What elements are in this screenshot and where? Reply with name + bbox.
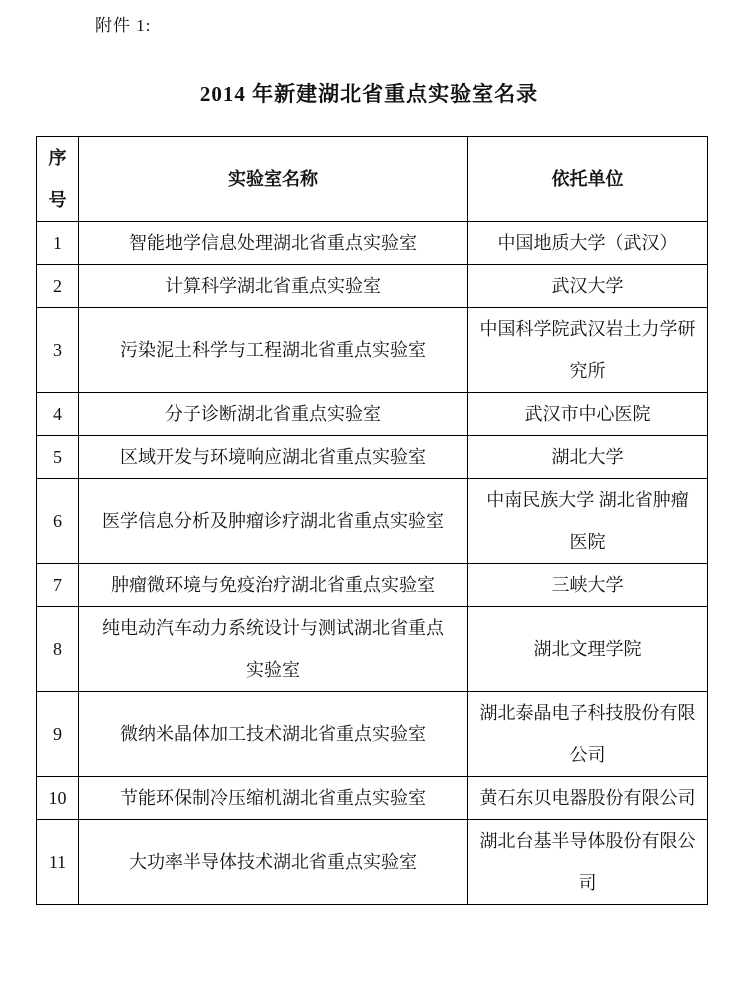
table-row: 9 微纳米晶体加工技术湖北省重点实验室 湖北泰晶电子科技股份有限 公司 — [37, 692, 708, 777]
table-row: 1 智能地学信息处理湖北省重点实验室 中国地质大学（武汉） — [37, 222, 708, 265]
cell-lab-name: 智能地学信息处理湖北省重点实验室 — [79, 222, 468, 265]
cell-unit: 湖北泰晶电子科技股份有限 公司 — [468, 692, 708, 777]
cell-index: 11 — [37, 820, 79, 905]
header-unit: 依托单位 — [468, 137, 708, 222]
cell-index: 10 — [37, 777, 79, 820]
attachment-label: 附件 1: — [95, 14, 738, 38]
cell-lab-name: 微纳米晶体加工技术湖北省重点实验室 — [79, 692, 468, 777]
cell-index: 2 — [37, 265, 79, 308]
table-header-row: 序号 实验室名称 依托单位 — [37, 137, 708, 222]
cell-unit: 三峡大学 — [468, 564, 708, 607]
document-page: 附件 1: 2014 年新建湖北省重点实验室名录 序号 实验室名称 依托单位 1… — [0, 0, 738, 1000]
cell-unit: 中国地质大学（武汉） — [468, 222, 708, 265]
cell-index: 4 — [37, 393, 79, 436]
cell-index: 7 — [37, 564, 79, 607]
header-index: 序号 — [37, 137, 79, 222]
cell-index: 9 — [37, 692, 79, 777]
page-title: 2014 年新建湖北省重点实验室名录 — [0, 80, 738, 108]
table-row: 5 区域开发与环境响应湖北省重点实验室 湖北大学 — [37, 436, 708, 479]
table-row: 11 大功率半导体技术湖北省重点实验室 湖北台基半导体股份有限公 司 — [37, 820, 708, 905]
table-row: 10 节能环保制冷压缩机湖北省重点实验室 黄石东贝电器股份有限公司 — [37, 777, 708, 820]
cell-lab-name: 计算科学湖北省重点实验室 — [79, 265, 468, 308]
cell-lab-name: 肿瘤微环境与免疫治疗湖北省重点实验室 — [79, 564, 468, 607]
cell-unit: 黄石东贝电器股份有限公司 — [468, 777, 708, 820]
cell-lab-name: 污染泥土科学与工程湖北省重点实验室 — [79, 308, 468, 393]
cell-lab-name: 大功率半导体技术湖北省重点实验室 — [79, 820, 468, 905]
cell-index: 8 — [37, 607, 79, 692]
cell-lab-name: 纯电动汽车动力系统设计与测试湖北省重点 实验室 — [79, 607, 468, 692]
table-row: 8 纯电动汽车动力系统设计与测试湖北省重点 实验室 湖北文理学院 — [37, 607, 708, 692]
cell-unit: 武汉市中心医院 — [468, 393, 708, 436]
cell-index: 1 — [37, 222, 79, 265]
cell-index: 3 — [37, 308, 79, 393]
table-row: 6 医学信息分析及肿瘤诊疗湖北省重点实验室 中南民族大学 湖北省肿瘤 医院 — [37, 479, 708, 564]
cell-lab-name: 医学信息分析及肿瘤诊疗湖北省重点实验室 — [79, 479, 468, 564]
cell-lab-name: 节能环保制冷压缩机湖北省重点实验室 — [79, 777, 468, 820]
table-row: 4 分子诊断湖北省重点实验室 武汉市中心医院 — [37, 393, 708, 436]
table-row: 3 污染泥土科学与工程湖北省重点实验室 中国科学院武汉岩土力学研 究所 — [37, 308, 708, 393]
cell-unit: 湖北文理学院 — [468, 607, 708, 692]
cell-unit: 湖北大学 — [468, 436, 708, 479]
cell-unit: 湖北台基半导体股份有限公 司 — [468, 820, 708, 905]
table-row: 7 肿瘤微环境与免疫治疗湖北省重点实验室 三峡大学 — [37, 564, 708, 607]
labs-table: 序号 实验室名称 依托单位 1 智能地学信息处理湖北省重点实验室 中国地质大学（… — [36, 136, 708, 905]
cell-index: 6 — [37, 479, 79, 564]
cell-unit: 中南民族大学 湖北省肿瘤 医院 — [468, 479, 708, 564]
cell-lab-name: 分子诊断湖北省重点实验室 — [79, 393, 468, 436]
cell-unit: 武汉大学 — [468, 265, 708, 308]
cell-lab-name: 区域开发与环境响应湖北省重点实验室 — [79, 436, 468, 479]
cell-unit: 中国科学院武汉岩土力学研 究所 — [468, 308, 708, 393]
header-lab-name: 实验室名称 — [79, 137, 468, 222]
cell-index: 5 — [37, 436, 79, 479]
table-row: 2 计算科学湖北省重点实验室 武汉大学 — [37, 265, 708, 308]
